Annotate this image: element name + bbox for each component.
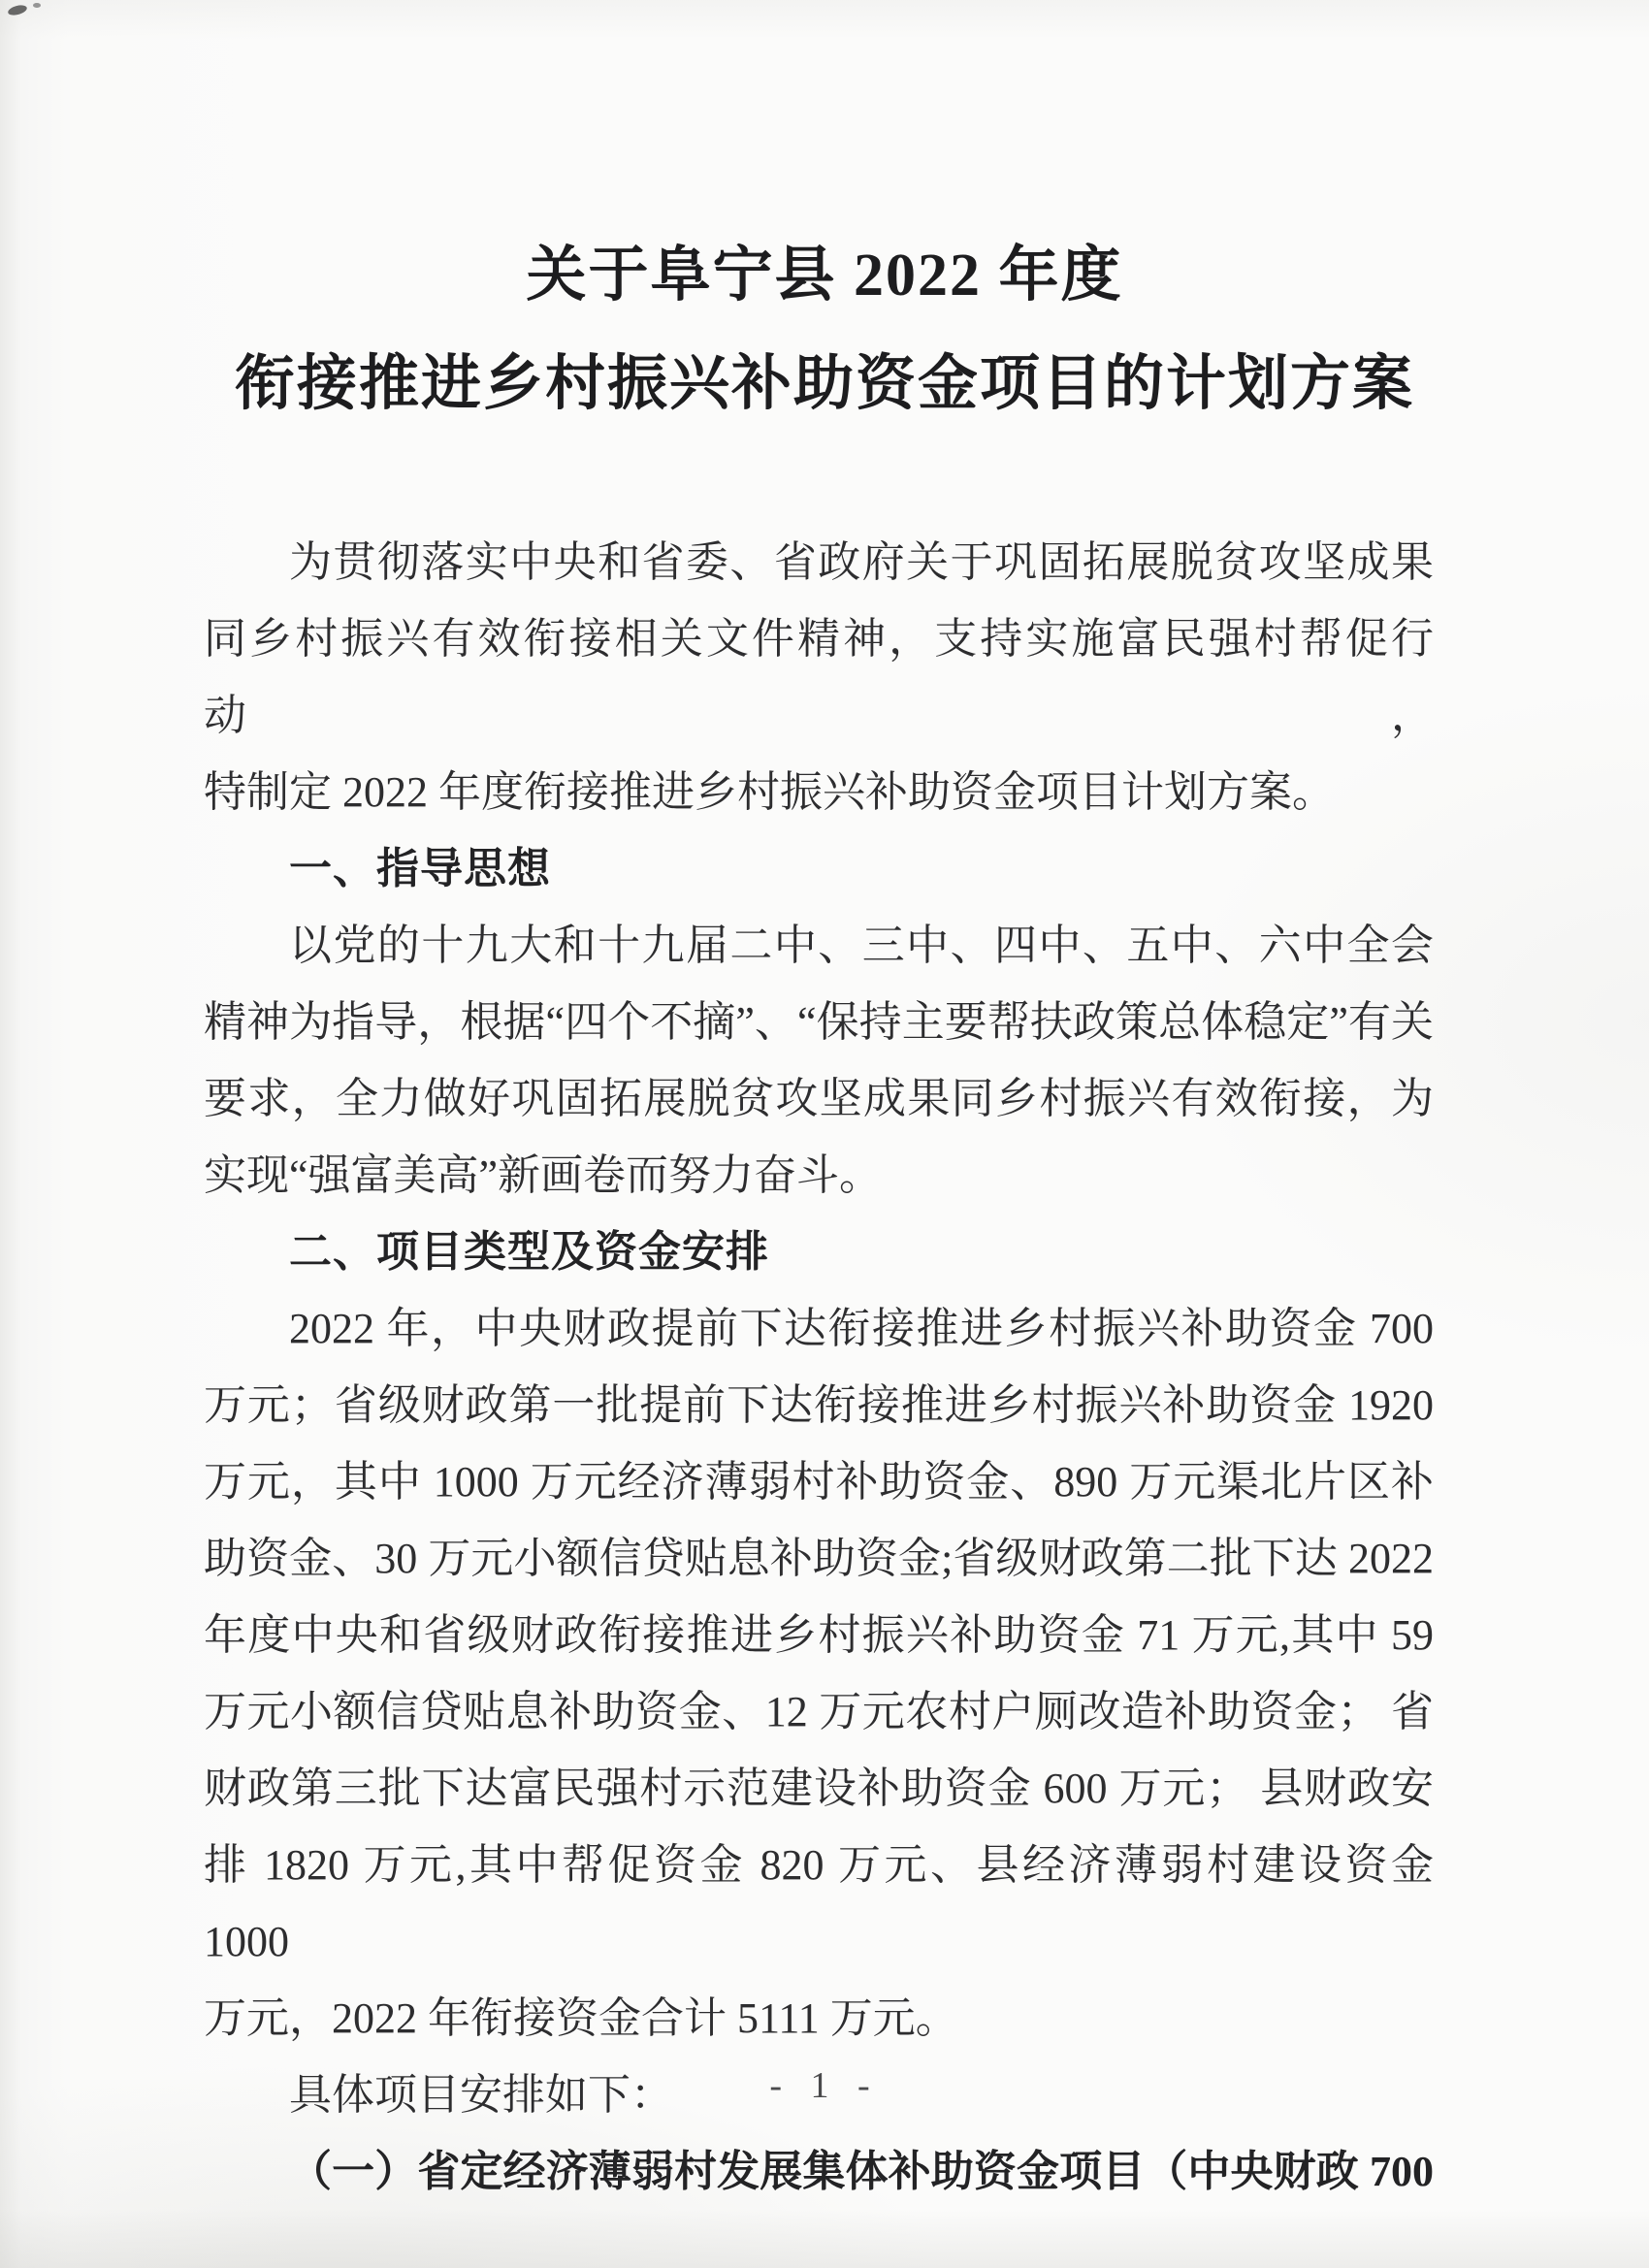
text-line: 二、项目类型及资金安排 — [204, 1214, 1434, 1290]
document-title-line-1: 关于阜宁县 2022 年度 — [0, 221, 1649, 330]
text-line: 特制定 2022 年度衔接推进乡村振兴补助资金项目计划方案。 — [204, 754, 1434, 830]
document-body: 为贯彻落实中央和省委、省政府关于巩固拓展脱贫攻坚成果同乡村振兴有效衔接相关文件精… — [204, 524, 1434, 2210]
scan-artifact-speck — [33, 3, 41, 8]
text-line: 万元，2022 年衔接资金合计 5111 万元。 — [204, 1980, 1434, 2057]
text-line: （一）省定经济薄弱村发展集体补助资金项目（中央财政 700 — [204, 2133, 1434, 2210]
text-line: 要求，全力做好巩固拓展脱贫攻坚成果同乡村振兴有效衔接，为 — [204, 1060, 1434, 1137]
text-line: 同乡村振兴有效衔接相关文件精神，支持实施富民强村帮促行动， — [204, 600, 1434, 754]
scanned-document-page: 关于阜宁县 2022 年度 衔接推进乡村振兴补助资金项目的计划方案 为贯彻落实中… — [0, 0, 1649, 2268]
text-line: 万元小额信贷贴息补助资金、12 万元农村户厕改造补助资金； 省 — [204, 1673, 1434, 1750]
text-line: 实现“强富美高”新画卷而努力奋斗。 — [204, 1137, 1434, 1214]
document-title-line-2: 衔接推进乡村振兴补助资金项目的计划方案 — [0, 330, 1649, 438]
text-line: 助资金、30 万元小额信贷贴息补助资金;省级财政第二批下达 2022 — [204, 1520, 1434, 1597]
scan-artifact-speck — [7, 4, 28, 17]
text-line: 以党的十九大和十九届二中、三中、四中、五中、六中全会 — [204, 907, 1434, 984]
text-line: 精神为指导，根据“四个不摘”、“保持主要帮扶政策总体稳定”有关 — [204, 984, 1434, 1060]
document-title: 关于阜宁县 2022 年度 衔接推进乡村振兴补助资金项目的计划方案 — [0, 221, 1649, 438]
text-line: 万元，其中 1000 万元经济薄弱村补助资金、890 万元渠北片区补 — [204, 1443, 1434, 1520]
text-line: 万元；省级财政第一批提前下达衔接推进乡村振兴补助资金 1920 — [204, 1367, 1434, 1443]
text-line: 为贯彻落实中央和省委、省政府关于巩固拓展脱贫攻坚成果 — [204, 524, 1434, 600]
text-line: 年度中央和省级财政衔接推进乡村振兴补助资金 71 万元,其中 59 — [204, 1597, 1434, 1673]
text-line: 财政第三批下达富民强村示范建设补助资金 600 万元； 县财政安 — [204, 1750, 1434, 1827]
text-line: 2022 年，中央财政提前下达衔接推进乡村振兴补助资金 700 — [204, 1290, 1434, 1367]
page-number: - 1 - — [0, 2064, 1649, 2107]
text-line: 一、指导思想 — [204, 830, 1434, 907]
text-line: 排 1820 万元,其中帮促资金 820 万元、县经济薄弱村建设资金 1000 — [204, 1827, 1434, 1980]
